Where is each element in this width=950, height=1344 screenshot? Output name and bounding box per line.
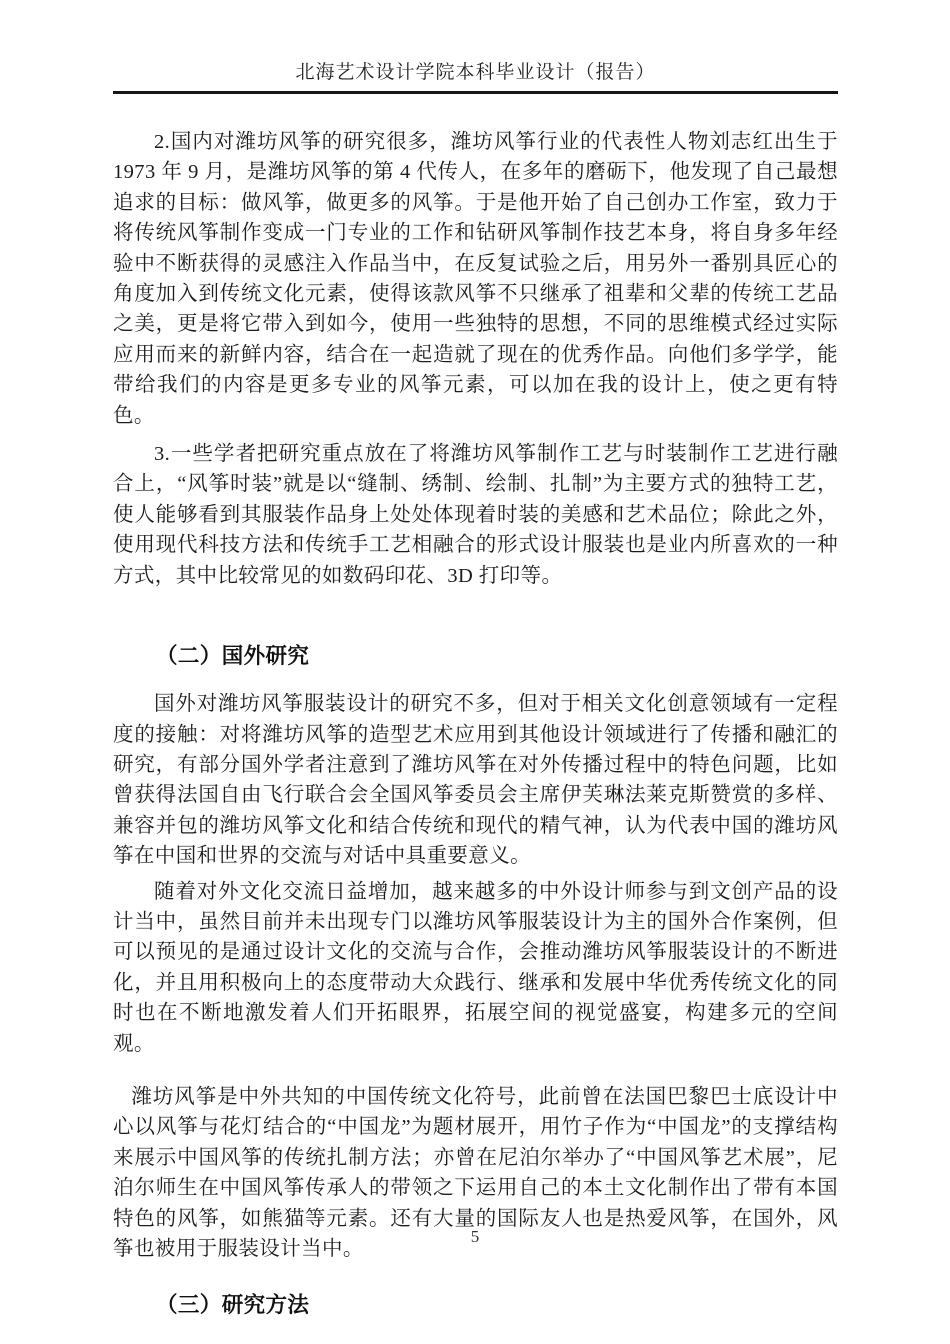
paragraph-foreign-research-2: 随着对外文化交流日益增加，越来越多的中外设计师参与到文创产品的设计当中，虽然目前… <box>113 877 838 1059</box>
page-header-title: 北海艺术设计学院本科毕业设计（报告） <box>295 62 655 83</box>
page-header: 北海艺术设计学院本科毕业设计（报告） <box>113 0 838 94</box>
heading-research-methods: （三）研究方法 <box>113 1290 838 1320</box>
paragraph-domestic-research-item3: 3.一些学者把研究重点放在了将潍坊风筝制作工艺与时装制作工艺进行融合上，“风筝时… <box>113 439 838 591</box>
paragraph-domestic-research-item2: 2.国内对潍坊风筝的研究很多，潍坊风筝行业的代表性人物刘志红出生于 1973 年… <box>113 127 838 431</box>
heading-foreign-research: （二）国外研究 <box>113 641 838 671</box>
document-page: 北海艺术设计学院本科毕业设计（报告） 2.国内对潍坊风筝的研究很多，潍坊风筝行业… <box>0 0 950 1344</box>
document-body: 2.国内对潍坊风筝的研究很多，潍坊风筝行业的代表性人物刘志红出生于 1973 年… <box>113 94 838 1320</box>
paragraph-foreign-research-1: 国外对潍坊风筝服装设计的研究不多，但对于相关文化创意领域有一定程度的接触：对将潍… <box>113 689 838 871</box>
page-number: 5 <box>471 1227 480 1246</box>
page-footer: 5 <box>0 1227 950 1247</box>
